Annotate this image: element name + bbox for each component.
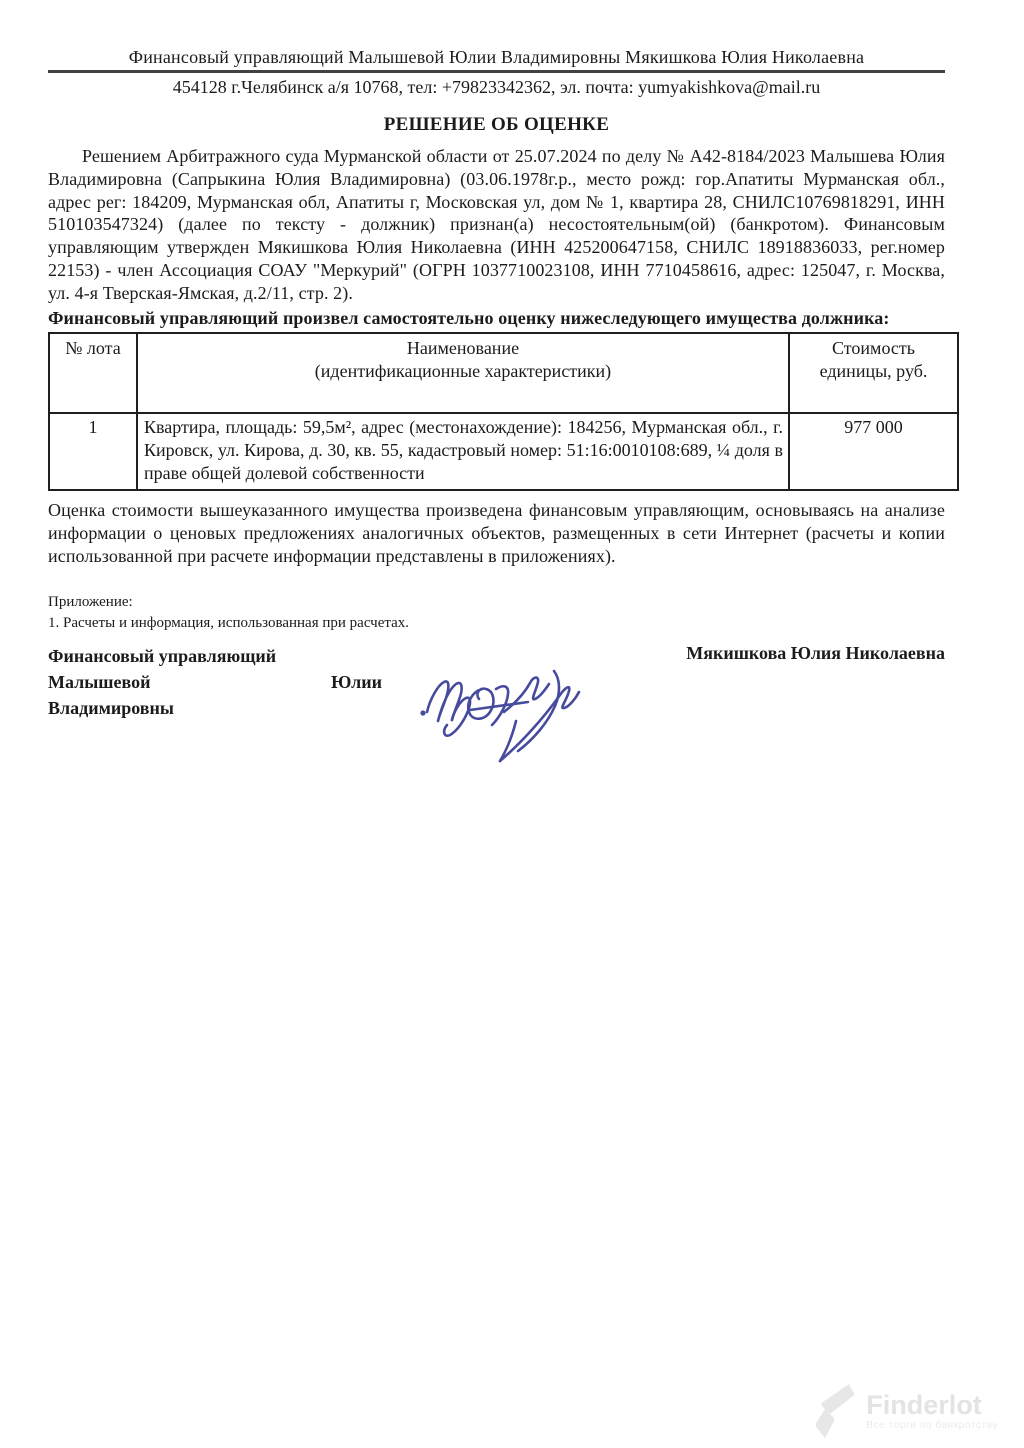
finderlot-watermark: Finderlot Все торги по банкротству [813, 1382, 998, 1440]
document-title: РЕШЕНИЕ ОБ ОЦЕНКЕ [48, 114, 945, 136]
lots-table-body: 1 Квартира, площадь: 59,5м², адрес (мест… [49, 413, 958, 490]
column-header-price-line2: единицы, руб. [791, 360, 956, 383]
attachment-item: 1. Расчеты и информация, использованная … [48, 613, 945, 634]
finderlot-logo-icon [813, 1382, 857, 1440]
valuation-intro-paragraph: Финансовый управляющий произвел самостоя… [48, 307, 945, 330]
header-divider [48, 70, 945, 73]
document-page: Финансовый управляющий Малышевой Юлии Вл… [0, 0, 1024, 1448]
watermark-brand: Finderlot [866, 1392, 998, 1419]
signer-name-text: Мякишкова Юлия Николаевна [686, 643, 945, 664]
signer-role-line2-word1: Малышевой [48, 669, 150, 695]
signer-role-line2-word2: Юлии [331, 669, 382, 695]
court-decision-paragraph: Решением Арбитражного суда Мурманской об… [48, 145, 945, 305]
column-header-price: Стоимость единицы, руб. [789, 333, 958, 413]
signer-role-line1: Финансовый управляющий [48, 643, 382, 669]
watermark-text: Finderlot Все торги по банкротству [866, 1392, 998, 1431]
column-header-price-line1: Стоимость [791, 337, 956, 360]
lots-table-header: № лота Наименование (идентификационные х… [49, 333, 958, 413]
lot-number-cell: 1 [49, 413, 137, 490]
attachment-section: Приложение: 1. Расчеты и информация, исп… [48, 592, 945, 634]
table-row: 1 Квартира, площадь: 59,5м², адрес (мест… [49, 413, 958, 490]
lots-table: № лота Наименование (идентификационные х… [48, 332, 959, 491]
signature-block: Финансовый управляющий Малышевой Юлии Вл… [48, 643, 945, 773]
column-header-name-line1: Наименование [139, 337, 787, 360]
assessment-method-paragraph: Оценка стоимости вышеуказанного имуществ… [48, 499, 945, 567]
manager-title-line: Финансовый управляющий Малышевой Юлии Вл… [48, 46, 945, 68]
signer-role-text: Финансовый управляющий Малышевой Юлии Вл… [48, 643, 382, 721]
column-header-lot-number: № лота [49, 333, 137, 413]
column-header-name: Наименование (идентификационные характер… [137, 333, 789, 413]
lot-description-cell: Квартира, площадь: 59,5м², адрес (местон… [137, 413, 789, 490]
contact-info-line: 454128 г.Челябинск а/я 10768, тел: +7982… [48, 76, 945, 98]
signer-role-line2: Малышевой Юлии [48, 669, 382, 695]
signer-role-line3: Владимировны [48, 695, 382, 721]
document-header: Финансовый управляющий Малышевой Юлии Вл… [48, 46, 945, 98]
column-header-name-line2: (идентификационные характеристики) [139, 360, 787, 383]
watermark-tagline: Все торги по банкротству [866, 1420, 998, 1431]
lot-price-cell: 977 000 [789, 413, 958, 490]
attachment-label: Приложение: [48, 592, 945, 613]
handwritten-signature-icon [408, 649, 613, 775]
header-row: № лота Наименование (идентификационные х… [49, 333, 958, 413]
